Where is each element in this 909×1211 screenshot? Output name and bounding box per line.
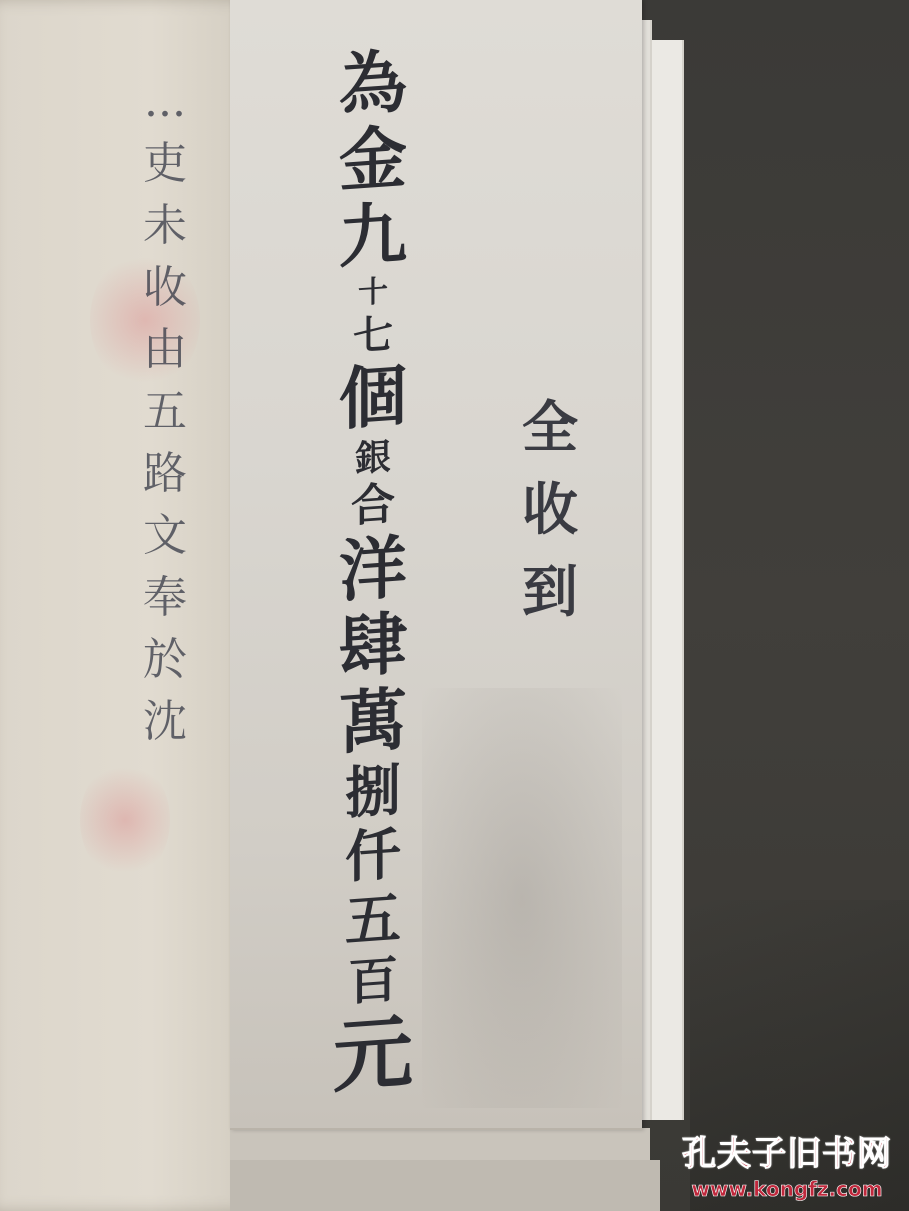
left-page: ... 吏 未 收 由 五 路 文 奉 於 沈: [0, 0, 252, 1211]
glyph: 沈: [143, 700, 187, 744]
glyph: 九: [339, 200, 407, 273]
glyph: 文: [143, 514, 187, 558]
glyph: 由: [143, 328, 187, 372]
main-text-column: 為 金 九 十 七 個 銀 合 洋 肆 萬 捌 仟 五 百 元: [318, 50, 428, 1102]
glyph: 十: [358, 277, 388, 309]
glyph: 收: [522, 482, 578, 538]
glyph: ...: [144, 80, 186, 124]
glyph: 收: [143, 266, 187, 310]
glyph: 七: [353, 315, 393, 358]
glyph: 吏: [143, 142, 187, 186]
glyph: 奉: [143, 576, 187, 620]
glyph: 洋: [339, 534, 407, 607]
glyph: 仟: [345, 826, 401, 886]
glyph: 銀: [355, 439, 391, 478]
glyph: 到: [522, 564, 578, 620]
glyph: 捌: [345, 762, 401, 822]
glyph: 五: [345, 890, 401, 950]
glyph: 個: [339, 362, 407, 435]
glyph: 於: [143, 638, 187, 682]
glyph: 未: [143, 204, 187, 248]
glyph: 五: [143, 390, 187, 434]
lower-sheet-edge: [230, 1160, 660, 1211]
glyph: 合: [351, 482, 395, 529]
glyph: 路: [143, 452, 187, 496]
watermark-title: 孔夫子旧书网: [672, 1126, 902, 1175]
left-page-text-column: ... 吏 未 收 由 五 路 文 奉 於 沈: [120, 80, 210, 762]
watermark-url: www.kongfz.com: [672, 1177, 902, 1201]
glyph: 元: [333, 1011, 413, 1097]
site-watermark: 孔夫子旧书网 www.kongfz.com: [672, 1126, 902, 1201]
red-seal-stain: [80, 760, 170, 880]
glyph: 全: [522, 400, 578, 456]
glyph: 萬: [339, 686, 407, 759]
glyph: 為: [339, 48, 407, 121]
glyph: 肆: [339, 610, 407, 683]
side-note-column: 全 收 到: [510, 400, 590, 646]
glyph: 百: [348, 954, 398, 1007]
glyph: 金: [339, 124, 407, 197]
